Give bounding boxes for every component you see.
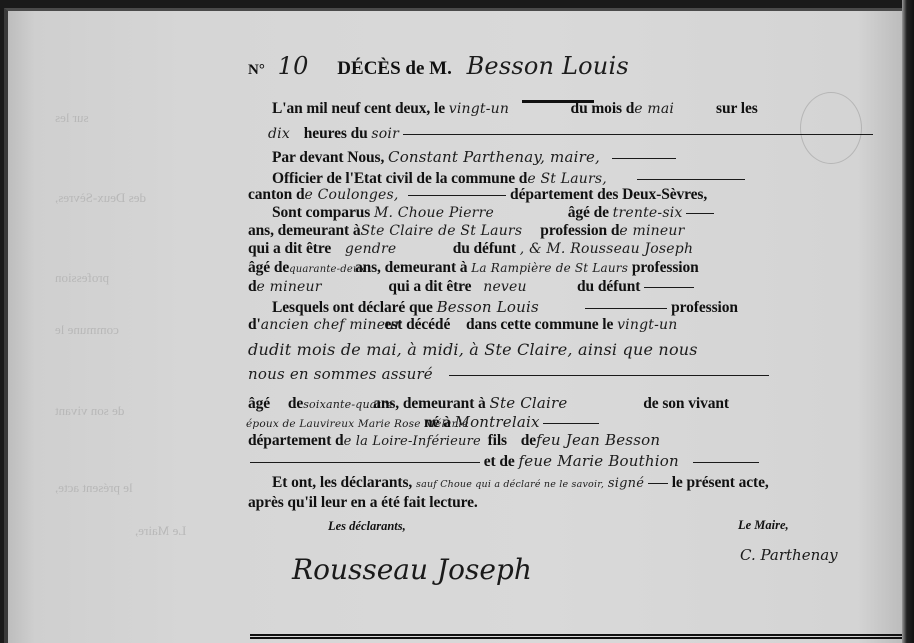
age-field: soixante-quatre <box>303 398 373 411</box>
text: après qu'il leur en a été fait lecture. <box>248 494 478 511</box>
bleed-through-text: des Deux-Sèvres, <box>55 190 146 206</box>
text: heures du <box>304 125 368 142</box>
text: ans, demeurant à <box>373 395 486 412</box>
hour-field: dix <box>268 126 300 142</box>
line-death-profession: d'ancien chef mineur est décédé dans cet… <box>248 316 677 334</box>
line-relation2: de mineur qui a dit être neveu du défunt <box>248 278 694 296</box>
blank-rule <box>637 179 745 180</box>
mayor-label: Le Maire, <box>738 518 789 533</box>
bleed-through-text: de son vivant <box>55 403 124 419</box>
number-label: N° <box>248 62 265 78</box>
text: qui a dit être <box>248 240 331 257</box>
text: de son vivant <box>643 395 729 412</box>
exception-note: sauf Choue qui a déclaré ne le savoir, <box>416 479 604 490</box>
officer-field: Constant Parthenay, maire, <box>388 148 600 166</box>
deceased-field: Besson Louis <box>437 298 582 316</box>
text: est décédé <box>385 316 451 333</box>
record-number: 10 <box>278 52 309 80</box>
blank-rule <box>644 287 694 288</box>
age1-field: trente-six <box>613 205 683 221</box>
blank-rule <box>449 375 769 376</box>
text: et de <box>484 453 515 470</box>
bleed-through-text: profession <box>55 270 109 286</box>
mayor-signature: C. Parthenay <box>740 546 838 564</box>
death-date-field: vingt-un <box>617 317 677 333</box>
text: âgé de <box>568 204 609 221</box>
text: le présent acte, <box>672 474 769 491</box>
line-hour: dix heures du soir <box>268 125 873 143</box>
commune-field: e St Laurs, <box>527 171 607 187</box>
blank-rule <box>585 308 667 309</box>
line-parents: département de la Loire-Inférieurefils d… <box>248 431 660 450</box>
profession-field: ancien chef mineur <box>261 317 381 333</box>
text: profession <box>671 299 738 316</box>
deceased-name-title: Besson Louis <box>467 52 629 80</box>
line-assured: nous en sommes assuré <box>248 365 769 384</box>
line-officer: Par devant Nous, Constant Parthenay, mai… <box>272 148 676 167</box>
month-field: e mai <box>634 101 712 117</box>
line-spouse: époux de Lauvireux Marie Rose Mélaniené … <box>246 413 599 432</box>
text: profession <box>632 259 699 276</box>
text: sur les <box>716 100 758 117</box>
residence2-field: La Rampière de St Laurs <box>471 261 628 275</box>
department-field: e la Loire-Inférieure <box>344 434 488 449</box>
blank-rule <box>543 423 599 424</box>
text: département des Deux-Sèvres, <box>510 186 707 203</box>
bleed-through-text: Le Maire, <box>135 523 186 539</box>
period-field: soir <box>371 126 399 142</box>
line-signature-clause: Et ont, les déclarants, sauf Choue qui a… <box>272 474 769 492</box>
declarants-label: Les déclarants, <box>328 519 406 534</box>
text: Par devant Nous, <box>272 149 384 166</box>
text: du défunt <box>453 240 516 257</box>
text: âgé <box>248 395 270 412</box>
canton-field: e Coulonges, <box>304 187 404 203</box>
line-age2: âgé dequarante-deux ans, demeurant à La … <box>248 259 699 277</box>
line-date: L'an mil neuf cent deux, le vingt-un du … <box>272 100 758 118</box>
text: Lesquels ont déclaré que <box>272 299 433 316</box>
bleed-through-text: le présent acte, <box>55 480 133 496</box>
text: ans, demeurant à <box>248 222 361 239</box>
text: qui a dit être <box>388 278 471 295</box>
text: département d <box>248 432 344 449</box>
title-label: DÉCÈS de M. <box>337 58 452 79</box>
text: du mois d <box>571 100 635 117</box>
signed-field: signé <box>608 476 644 491</box>
line-relation1: qui a dit être gendre du défunt , & M. R… <box>248 240 693 258</box>
text: d' <box>248 316 261 333</box>
document-title: N° 10 DÉCÈS de M. Besson Louis <box>248 52 629 80</box>
birthplace-field: Montrelaix <box>455 413 540 431</box>
blank-rule <box>612 158 676 159</box>
line-declarant1: Sont comparus M. Choue Pierre âgé de tre… <box>272 204 714 222</box>
line-reading: après qu'il leur en a été fait lecture. <box>248 494 478 512</box>
text: Sont comparus <box>272 204 370 221</box>
text: de <box>288 395 303 412</box>
mother-field: feue Marie Bouthion <box>518 452 678 470</box>
declarant2-field: , & M. Rousseau Joseph <box>520 241 693 257</box>
day-field: vingt-un <box>449 101 567 117</box>
line-age-residence: âgé desoixante-quatreans, demeurant à St… <box>248 394 729 413</box>
age2-field: quarante-deux <box>289 264 351 275</box>
declarant-signature: Rousseau Joseph <box>292 553 532 586</box>
text: né à <box>424 414 451 431</box>
blank-rule <box>686 213 714 214</box>
bleed-through-text: sur les <box>55 110 89 126</box>
text: dans cette commune le <box>466 316 613 333</box>
blank-rule <box>408 195 506 196</box>
bottom-double-rule <box>250 634 902 639</box>
death-details-field: dudit mois de mai, à midi, à Ste Claire,… <box>248 340 698 359</box>
blank-rule <box>648 483 668 484</box>
relation2-field: neveu <box>483 279 573 295</box>
text: Et ont, les déclarants, <box>272 474 412 491</box>
text: du défunt <box>577 278 640 295</box>
blank-rule <box>693 462 759 463</box>
text: d <box>248 278 257 295</box>
line-canton: canton de Coulonges, département des Deu… <box>248 186 707 204</box>
line-mother: et de feue Marie Bouthion <box>250 452 759 471</box>
profession2-field: e mineur <box>257 279 385 295</box>
residence-field: Ste Claire <box>489 394 639 412</box>
blank-rule <box>250 462 480 463</box>
text: fils <box>488 432 507 449</box>
profession1-field: e mineur <box>619 223 684 239</box>
assured-field: nous en sommes assuré <box>248 365 433 383</box>
text: canton d <box>248 186 304 203</box>
declarant1-field: M. Choue Pierre <box>374 205 564 221</box>
line-declaration: Lesquels ont déclaré que Besson Louis pr… <box>272 298 738 317</box>
line-death-details: dudit mois de mai, à midi, à Ste Claire,… <box>248 340 698 360</box>
text: Officier de l'Etat civil de la commune d <box>272 170 527 187</box>
line-residence1: ans, demeurant àSte Claire de St Laurs p… <box>248 222 684 240</box>
text: profession d <box>540 222 619 239</box>
spouse-field: époux de Lauvireux Marie Rose Mélanie <box>246 418 424 430</box>
residence1-field: Ste Claire de St Laurs <box>361 223 537 239</box>
father-field: feu Jean Besson <box>536 431 660 449</box>
text: ans, demeurant à <box>355 259 468 276</box>
blank-rule <box>403 134 873 135</box>
relation1-field: gendre <box>345 241 449 257</box>
text: de <box>521 432 536 449</box>
bleed-through-text: commune le <box>55 322 119 338</box>
text: âgé de <box>248 259 289 276</box>
page-edge <box>902 0 914 643</box>
text: L'an mil neuf cent deux, le <box>272 100 445 117</box>
